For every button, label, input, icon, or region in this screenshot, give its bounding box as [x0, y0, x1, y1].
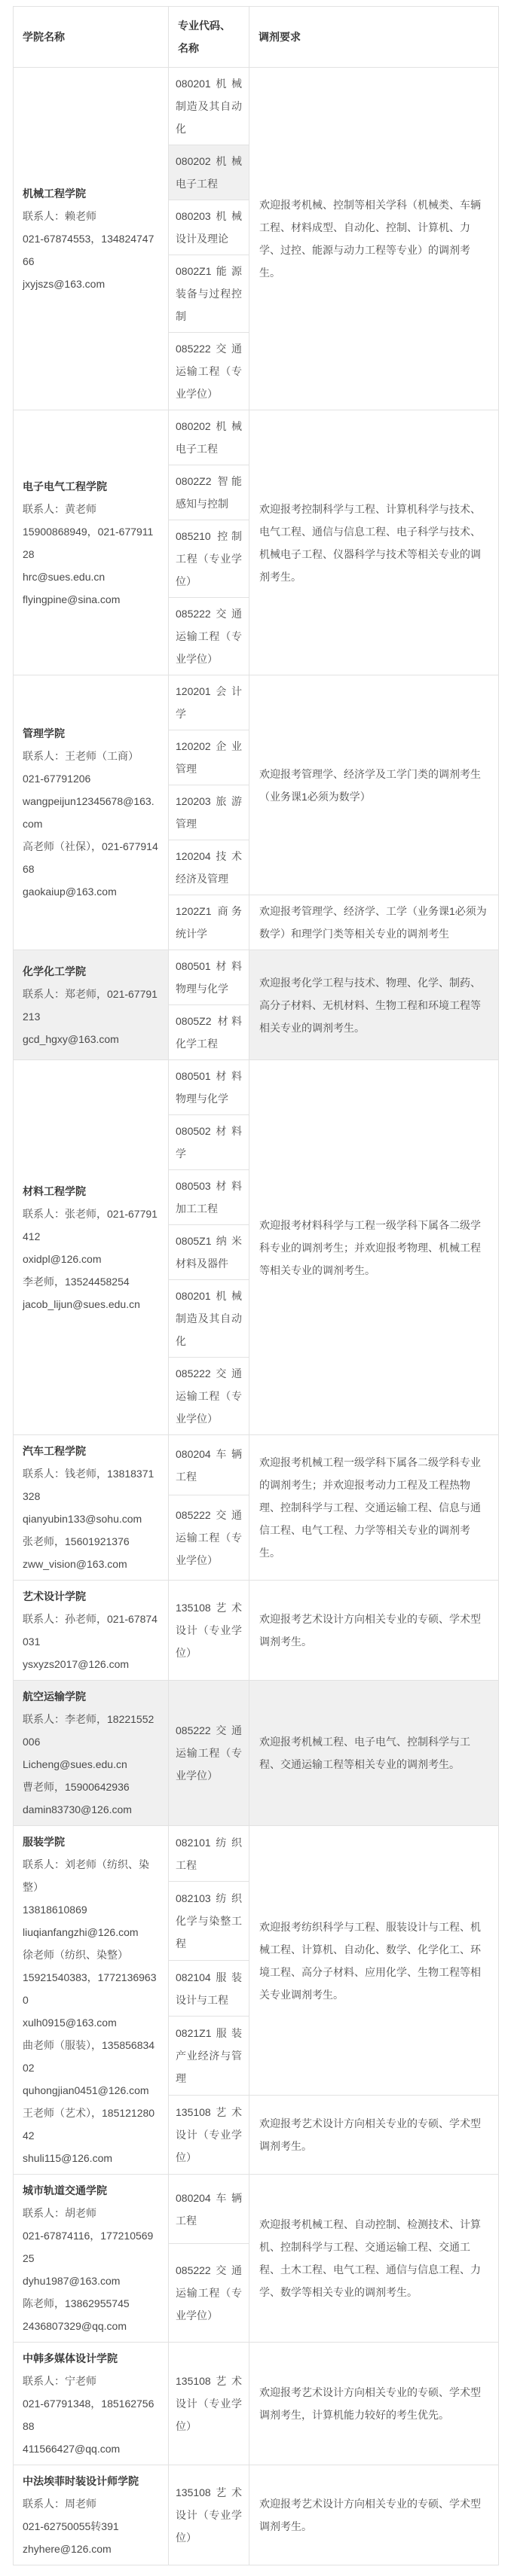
contact-line: quhongjian0451@126.com: [23, 2079, 159, 2102]
contact-line: 13818610869: [23, 1898, 159, 1921]
requirement-cell: 欢迎报考机械工程、自动控制、检测技术、计算机、控制科学与工程、交通运输工程、交通…: [249, 2175, 499, 2343]
contact-line: 联系人：钱老师，13818371328: [23, 1462, 159, 1507]
college-name: 机械工程学院: [23, 182, 159, 205]
major-cell: 080502材料学: [169, 1115, 249, 1170]
major-cell: 120203旅游管理: [169, 785, 249, 840]
contact-line: gaokaiup@163.com: [23, 880, 159, 903]
college-name: 电子电气工程学院: [23, 475, 159, 498]
contact-line: wangpeijun12345678@163.com: [23, 790, 159, 835]
college-cell: 管理学院联系人：王老师（工商）021-67791206wangpeijun123…: [14, 675, 169, 950]
major-cell: 135108艺术设计（专业学位）: [169, 2096, 249, 2175]
major-cell: 135108艺术设计（专业学位）: [169, 2343, 249, 2465]
major-cell: 0821Z1服装产业经济与管理: [169, 2017, 249, 2096]
college-name: 汽车工程学院: [23, 1440, 159, 1462]
column-header: 专业代码、名称: [169, 7, 249, 68]
contact-line: 15900868949，021-67791128: [23, 520, 159, 566]
requirement-cell: 欢迎报考纺织科学与工程、服装设计与工程、机械工程、计算机、自动化、数学、化学化工…: [249, 1826, 499, 2096]
contact-line: shuli115@126.com: [23, 2147, 159, 2169]
college-cell: 中韩多媒体设计学院联系人：宁老师021-67791348，18516275688…: [14, 2343, 169, 2465]
major-cell: 0802Z1能源装备与过程控制: [169, 255, 249, 333]
college-cell: 城市轨道交通学院联系人：胡老师021-67874116，17721056925d…: [14, 2175, 169, 2343]
college-name: 服装学院: [23, 1831, 159, 1853]
college-cell: 化学化工学院联系人：郑老师，021-67791213gcd_hgxy@163.c…: [14, 950, 169, 1060]
table-row: 城市轨道交通学院联系人：胡老师021-67874116，17721056925d…: [14, 2175, 499, 2244]
major-cell: 085222交通运输工程（专业学位）: [169, 333, 249, 410]
major-cell: 085222交通运输工程（专业学位）: [169, 1495, 249, 1581]
contact-line: qianyubin133@sohu.com: [23, 1507, 159, 1530]
major-cell: 080501材料物理与化学: [169, 950, 249, 1005]
contact-line: 联系人：王老师（工商）: [23, 745, 159, 767]
major-cell: 080201机械制造及其自动化: [169, 68, 249, 145]
contact-line: 411566427@qq.com: [23, 2437, 159, 2460]
college-cell: 电子电气工程学院联系人：黄老师15900868949，021-67791128h…: [14, 410, 169, 675]
major-cell: 085222交通运输工程（专业学位）: [169, 2244, 249, 2343]
requirement-cell: 欢迎报考艺术设计方向相关专业的专硕、学术型调剂考生。: [249, 1581, 499, 1681]
contact-line: 021-67791206: [23, 767, 159, 790]
contact-line: 联系人：赖老师: [23, 205, 159, 227]
contact-line: 021-62750055转391: [23, 2515, 159, 2538]
major-cell: 082104服装设计与工程: [169, 1961, 249, 2017]
major-cell: 120204技术经济及管理: [169, 840, 249, 895]
college-name: 城市轨道交通学院: [23, 2179, 159, 2202]
contact-line: damin83730@126.com: [23, 1798, 159, 1821]
contact-line: 联系人：李老师，18221552006: [23, 1708, 159, 1753]
contact-line: jxyjszs@163.com: [23, 273, 159, 295]
college-cell: 艺术设计学院联系人：孙老师，021-67874031ysxyzs2017@126…: [14, 1581, 169, 1681]
major-cell: 085222交通运输工程（专业学位）: [169, 1358, 249, 1435]
college-cell: 材料工程学院联系人：张老师，021-67791412oxidpl@126.com…: [14, 1060, 169, 1435]
major-cell: 0805Z1纳米材料及器件: [169, 1225, 249, 1280]
contact-line: 联系人：宁老师: [23, 2370, 159, 2392]
college-cell: 机械工程学院联系人：赖老师021-67874553，13482474766jxy…: [14, 68, 169, 410]
contact-line: Licheng@sues.edu.cn: [23, 1753, 159, 1776]
major-cell: 120202企业管理: [169, 730, 249, 785]
requirement-cell: 欢迎报考艺术设计方向相关专业的专硕、学术型调剂考生，计算机能力较好的考生优先。: [249, 2343, 499, 2465]
table-row: 机械工程学院联系人：赖老师021-67874553，13482474766jxy…: [14, 68, 499, 145]
major-cell: 0802Z2 智能感知与控制: [169, 465, 249, 520]
table-row: 管理学院联系人：王老师（工商）021-67791206wangpeijun123…: [14, 675, 499, 730]
table-row: 中法埃菲时装设计师学院联系人：周老师021-62750055转391zhyher…: [14, 2465, 499, 2565]
requirement-cell: 欢迎报考机械、控制等相关学科（机械类、车辆工程、材料成型、自动化、控制、计算机、…: [249, 68, 499, 410]
contact-line: dyhu1987@163.com: [23, 2270, 159, 2292]
major-cell: 080202机械电子工程: [169, 410, 249, 465]
transfer-requirements-table: 学院名称专业代码、名称调剂要求 机械工程学院联系人：赖老师021-6787455…: [13, 6, 499, 2565]
college-cell: 中法埃菲时装设计师学院联系人：周老师021-62750055转391zhyher…: [14, 2465, 169, 2565]
table-row: 中韩多媒体设计学院联系人：宁老师021-67791348，18516275688…: [14, 2343, 499, 2465]
major-cell: 080204车辆工程: [169, 1435, 249, 1495]
contact-line: 联系人：郑老师，021-67791213: [23, 983, 159, 1028]
major-cell: 082103纺织化学与染整工程: [169, 1882, 249, 1961]
contact-line: 曹老师，15900642936: [23, 1776, 159, 1798]
contact-line: zhyhere@126.com: [23, 2538, 159, 2560]
major-cell: 082101纺织工程: [169, 1826, 249, 1882]
table-row: 汽车工程学院联系人：钱老师，13818371328qianyubin133@so…: [14, 1435, 499, 1495]
contact-line: 张老师，15601921376: [23, 1530, 159, 1553]
requirement-cell: 欢迎报考控制科学与工程、计算机科学与技术、电气工程、通信与信息工程、电子科学与技…: [249, 410, 499, 675]
requirement-cell: 欢迎报考管理学、经济学及工学门类的调剂考生（业务课1必须为数学）: [249, 675, 499, 895]
contact-line: zww_vision@163.com: [23, 1553, 159, 1575]
table-row: 服装学院联系人：刘老师（纺织、染整）13818610869liuqianfang…: [14, 1826, 499, 1882]
contact-line: 陈老师，13862955745: [23, 2292, 159, 2315]
college-name: 中韩多媒体设计学院: [23, 2347, 159, 2370]
college-cell: 航空运输学院联系人：李老师，18221552006Licheng@sues.ed…: [14, 1681, 169, 1826]
contact-line: 021-67874116，17721056925: [23, 2224, 159, 2270]
major-cell: 080201机械制造及其自动化: [169, 1280, 249, 1358]
table-header: 学院名称专业代码、名称调剂要求: [14, 7, 499, 68]
contact-line: 联系人：刘老师（纺织、染整）: [23, 1853, 159, 1898]
requirement-cell: 欢迎报考机械工程、电子电气、控制科学与工程、交通运输工程等相关专业的调剂考生。: [249, 1681, 499, 1826]
requirement-cell: 欢迎报考机械工程一级学科下属各二级学科专业的调剂考生；并欢迎报考动力工程及工程热…: [249, 1435, 499, 1581]
contact-line: 曲老师（服装），13585683402: [23, 2034, 159, 2079]
contact-line: gcd_hgxy@163.com: [23, 1028, 159, 1050]
requirement-cell: 欢迎报考化学工程与技术、物理、化学、制药、高分子材料、无机材料、生物工程和环境工…: [249, 950, 499, 1060]
table-row: 材料工程学院联系人：张老师，021-67791412oxidpl@126.com…: [14, 1060, 499, 1115]
college-name: 中法埃菲时装设计师学院: [23, 2470, 159, 2492]
major-cell: 135108艺术设计（专业学位）: [169, 2465, 249, 2565]
major-cell: 085222交通运输工程（专业学位）: [169, 598, 249, 675]
contact-line: 徐老师（纺织、染整）: [23, 1943, 159, 1966]
contact-line: 2436807329@qq.com: [23, 2315, 159, 2337]
requirement-cell: 欢迎报考管理学、经济学、工学（业务课1必须为数学）和理学门类等相关专业的调剂考生: [249, 895, 499, 950]
contact-line: liuqianfangzhi@126.com: [23, 1921, 159, 1943]
major-cell: 080503材料加工工程: [169, 1170, 249, 1225]
header-row: 学院名称专业代码、名称调剂要求: [14, 7, 499, 68]
table-row: 航空运输学院联系人：李老师，18221552006Licheng@sues.ed…: [14, 1681, 499, 1826]
requirement-cell: 欢迎报考材料科学与工程一级学科下属各二级学科专业的调剂考生；并欢迎报考物理、机械…: [249, 1060, 499, 1435]
contact-line: 联系人：胡老师: [23, 2202, 159, 2224]
contact-line: 高老师（社保），021-67791468: [23, 835, 159, 880]
contact-line: hrc@sues.edu.cn: [23, 566, 159, 588]
contact-line: ysxyzs2017@126.com: [23, 1653, 159, 1675]
contact-line: oxidpl@126.com: [23, 1248, 159, 1270]
table-row: 电子电气工程学院联系人：黄老师15900868949，021-67791128h…: [14, 410, 499, 465]
major-cell: 080501材料物理与化学: [169, 1060, 249, 1115]
major-cell: 080204车辆工程: [169, 2175, 249, 2244]
contact-line: jacob_lijun@sues.edu.cn: [23, 1293, 159, 1315]
contact-line: 李老师，13524458254: [23, 1270, 159, 1293]
contact-line: 021-67874553，13482474766: [23, 227, 159, 273]
contact-line: 15921540383，17721369630: [23, 1966, 159, 2011]
contact-line: 联系人：黄老师: [23, 498, 159, 520]
contact-line: 联系人：周老师: [23, 2492, 159, 2515]
column-header: 学院名称: [14, 7, 169, 68]
contact-line: 021-67791348，18516275688: [23, 2392, 159, 2437]
table-body: 机械工程学院联系人：赖老师021-67874553，13482474766jxy…: [14, 68, 499, 2565]
college-name: 化学化工学院: [23, 960, 159, 983]
table-row: 化学化工学院联系人：郑老师，021-67791213gcd_hgxy@163.c…: [14, 950, 499, 1005]
college-name: 航空运输学院: [23, 1685, 159, 1708]
college-cell: 服装学院联系人：刘老师（纺织、染整）13818610869liuqianfang…: [14, 1826, 169, 2175]
page-container: 学院名称专业代码、名称调剂要求 机械工程学院联系人：赖老师021-6787455…: [0, 0, 511, 2576]
requirement-cell: 欢迎报考艺术设计方向相关专业的专硕、学术型调剂考生。: [249, 2465, 499, 2565]
major-cell: 080202机械电子工程: [169, 145, 249, 200]
major-cell: 085222交通运输工程（专业学位）: [169, 1681, 249, 1826]
contact-line: 联系人：孙老师，021-67874031: [23, 1608, 159, 1653]
college-name: 管理学院: [23, 722, 159, 745]
major-cell: 135108艺术设计（专业学位）: [169, 1581, 249, 1681]
college-cell: 汽车工程学院联系人：钱老师，13818371328qianyubin133@so…: [14, 1435, 169, 1581]
college-name: 艺术设计学院: [23, 1585, 159, 1608]
major-cell: 1202Z1 商务统计学: [169, 895, 249, 950]
table-row: 艺术设计学院联系人：孙老师，021-67874031ysxyzs2017@126…: [14, 1581, 499, 1681]
major-cell: 0805Z2 材料化学工程: [169, 1005, 249, 1060]
major-cell: 120201会计学: [169, 675, 249, 730]
column-header: 调剂要求: [249, 7, 499, 68]
requirement-cell: 欢迎报考艺术设计方向相关专业的专硕、学术型调剂考生。: [249, 2096, 499, 2175]
contact-line: flyingpine@sina.com: [23, 588, 159, 611]
major-cell: 085210 控制工程（专业学位）: [169, 520, 249, 598]
major-cell: 080203机械设计及理论: [169, 200, 249, 255]
college-name: 材料工程学院: [23, 1180, 159, 1203]
contact-line: 王老师（艺术），18512128042: [23, 2102, 159, 2147]
contact-line: xulh0915@163.com: [23, 2011, 159, 2034]
contact-line: 联系人：张老师，021-67791412: [23, 1203, 159, 1248]
